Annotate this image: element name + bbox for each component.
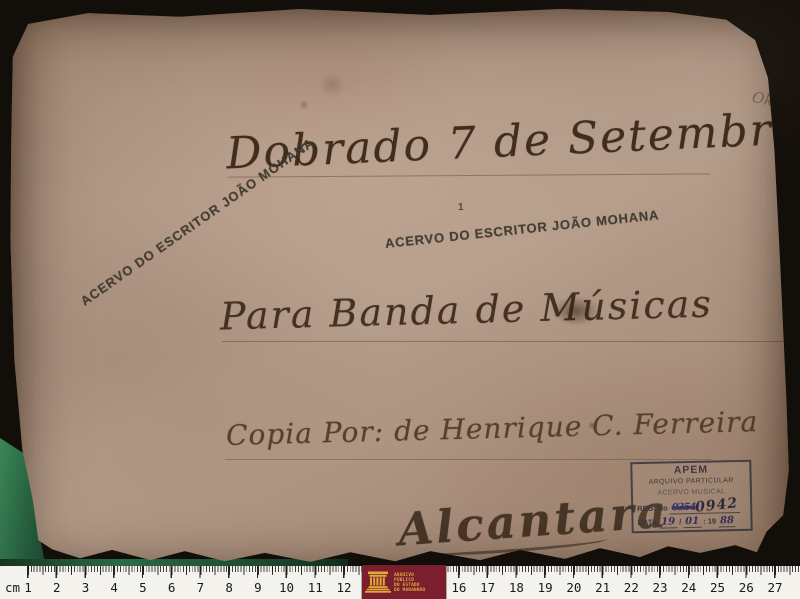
- ruler-number: 22: [624, 580, 639, 595]
- ruler-number: 5: [139, 580, 147, 595]
- date-separator: /: [679, 518, 681, 526]
- ruler-number: 26: [739, 580, 754, 595]
- archive-logo-plate: ARQUIVO PÚBLICO DO ESTADO DO MARANHÃO: [362, 565, 446, 599]
- registration-line1: ARQUIVO PARTICULAR: [637, 477, 746, 487]
- ruler-number: 19: [538, 580, 553, 595]
- faint-rule-line: [222, 341, 784, 342]
- ruler-number: 17: [480, 580, 495, 595]
- ruler-number: 4: [110, 580, 118, 595]
- ruler-number: 25: [710, 580, 725, 595]
- building-icon: [365, 570, 391, 594]
- ruler-number: 8: [225, 580, 233, 595]
- ruler-number: 3: [82, 580, 90, 595]
- registration-date-row: DATA 19 / 01 : 19 88: [637, 516, 746, 529]
- ruler-number: 12: [336, 580, 351, 595]
- manuscript-cover: Dobrado 7 de Setembro Para Banda de Músi…: [0, 0, 800, 599]
- date-year: 88: [720, 516, 734, 526]
- registration-number-row: REG. No 0354 0942: [637, 498, 746, 515]
- ruler-number: 21: [595, 580, 610, 595]
- ruler-number: 10: [279, 580, 294, 595]
- date-year-field: 88: [718, 516, 736, 527]
- handwritten-dedication: Para Banda de Músicas: [220, 282, 714, 339]
- date-day: 19: [661, 517, 675, 527]
- reg-number-handwritten: 0942: [695, 496, 739, 515]
- ink-smudge: [552, 296, 600, 326]
- centimeter-ruler-scale: cm 1234567891011121314151617181920212223…: [0, 566, 800, 599]
- small-numeral-mark: 1: [458, 202, 464, 213]
- ruler-number: 7: [197, 580, 205, 595]
- handwritten-copyist-line: Copia Por: de Henrique C. Ferreira: [226, 405, 759, 452]
- ruler-number: 18: [509, 580, 524, 595]
- ruler-number: 16: [451, 580, 466, 595]
- ruler-number: 20: [566, 580, 581, 595]
- reg-label: REG. No: [637, 505, 668, 513]
- date-separator-2: :: [703, 518, 706, 526]
- date-month: 01: [685, 517, 699, 527]
- archive-registration-stamp-box: APEM ARQUIVO PARTICULAR ACERVO MUSICAL R…: [630, 460, 752, 534]
- date-century-printed: 19: [708, 517, 716, 525]
- owner-collection-stamp-angled: ACERVO DO ESCRITOR JOÃO MOHANA: [384, 207, 660, 251]
- photo-of-manuscript-cover: Dobrado 7 de Setembro Para Banda de Músi…: [0, 0, 800, 599]
- ruler-number: 27: [767, 580, 782, 595]
- ruler-number: 9: [254, 580, 262, 595]
- ruler-number: 11: [308, 580, 323, 595]
- reg-number-crossed-out: 0354: [672, 503, 696, 513]
- ruler-number: 23: [653, 580, 668, 595]
- ruler-number: 1: [24, 580, 32, 595]
- reg-value-field: 0354 0942: [669, 498, 740, 514]
- faint-rule-line: [225, 459, 711, 460]
- date-month-field: 01: [683, 517, 701, 528]
- owner-collection-stamp-diagonal: ACERVO DO ESCRITOR JOÃO MOHANA: [78, 135, 317, 309]
- date-day-field: 19: [659, 517, 677, 528]
- registration-org-name: APEM: [636, 464, 745, 477]
- ruler-number: 2: [53, 580, 61, 595]
- date-label: DATA: [637, 519, 657, 527]
- ruler-number: 6: [168, 580, 176, 595]
- ruler-number: 24: [681, 580, 696, 595]
- ruler-unit-label: cm: [5, 580, 20, 595]
